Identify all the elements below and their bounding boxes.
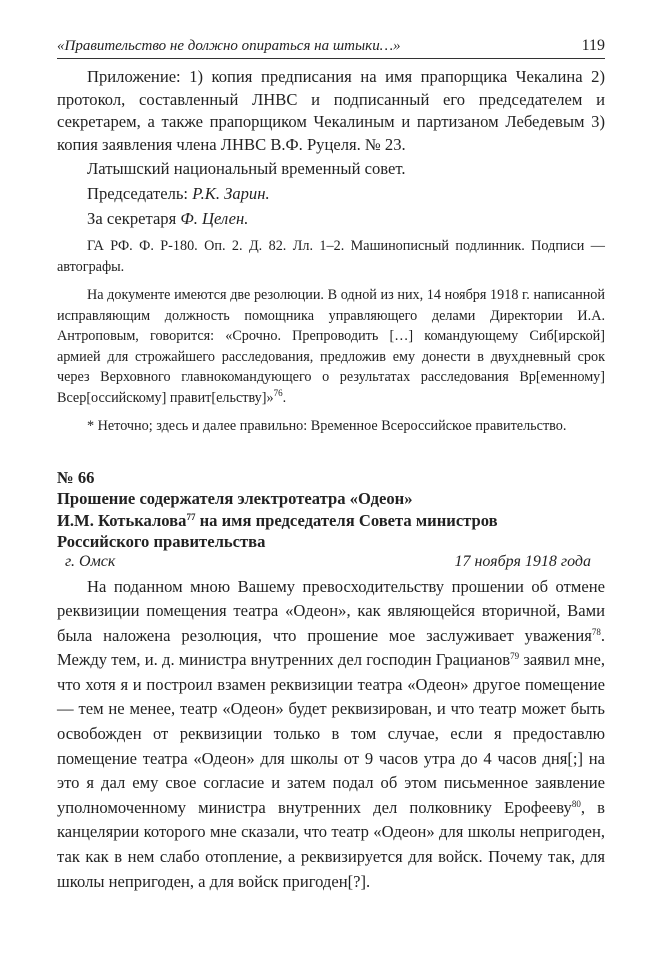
document-title-line2: И.М. Котькалова77 на имя председателя Со… xyxy=(57,510,605,532)
page-body: Приложение: 1) копия предписания на имя … xyxy=(57,66,605,894)
asterisk-note: * Неточно; здесь и далее правильно: Врем… xyxy=(57,416,605,437)
running-header: «Правительство не должно опираться на шт… xyxy=(57,36,605,59)
document-place: г. Омск xyxy=(65,553,115,571)
chair-name: Р.К. Зарин. xyxy=(192,184,269,203)
footnote-ref-76[interactable]: 76 xyxy=(274,388,283,398)
chair-label: Председатель: xyxy=(87,184,192,203)
footnote-ref-79[interactable]: 79 xyxy=(510,651,519,661)
title-author: И.М. Котькалова xyxy=(57,511,186,530)
document-title-line1: Прошение содержателя электротеатра «Одео… xyxy=(57,488,605,510)
place-date-line: г. Омск 17 ноября 1918 года xyxy=(57,553,605,575)
footnote-ref-78[interactable]: 78 xyxy=(592,627,601,637)
running-title: «Правительство не должно опираться на шт… xyxy=(57,38,401,55)
resolution-note: На документе имеются две резолюции. В од… xyxy=(57,285,605,408)
petition-text: На поданном мною Вашему превосходительст… xyxy=(57,575,605,895)
title-addressee: на имя председателя Совета министров xyxy=(195,511,497,530)
secretary-name: Ф. Целен. xyxy=(180,209,248,228)
resolution-text: На документе имеются две резолюции. В од… xyxy=(57,287,605,406)
petition-part-1: На поданном мною Вашему превосходительст… xyxy=(57,577,605,645)
document-number: № 66 xyxy=(57,467,605,489)
secretary-label: За секретаря xyxy=(87,209,180,228)
signature-chair: Председатель: Р.К. Зарин. xyxy=(57,181,605,206)
document-date: 17 ноября 1918 года xyxy=(454,553,591,571)
appendix-paragraph: Приложение: 1) копия предписания на имя … xyxy=(57,66,605,156)
page-number: 119 xyxy=(582,37,605,55)
archive-reference: ГА РФ. Ф. Р-180. Оп. 2. Д. 82. Лл. 1–2. … xyxy=(57,236,605,277)
resolution-end: . xyxy=(283,390,287,406)
signature-secretary: За секретаря Ф. Целен. xyxy=(57,206,605,231)
signature-org: Латышский национальный временный совет. xyxy=(57,156,605,181)
petition-part-3: заявил мне, что хотя я и построил взамен… xyxy=(57,650,605,817)
document-title-line3: Российского правительства xyxy=(57,531,605,553)
footnote-ref-80[interactable]: 80 xyxy=(572,799,581,809)
